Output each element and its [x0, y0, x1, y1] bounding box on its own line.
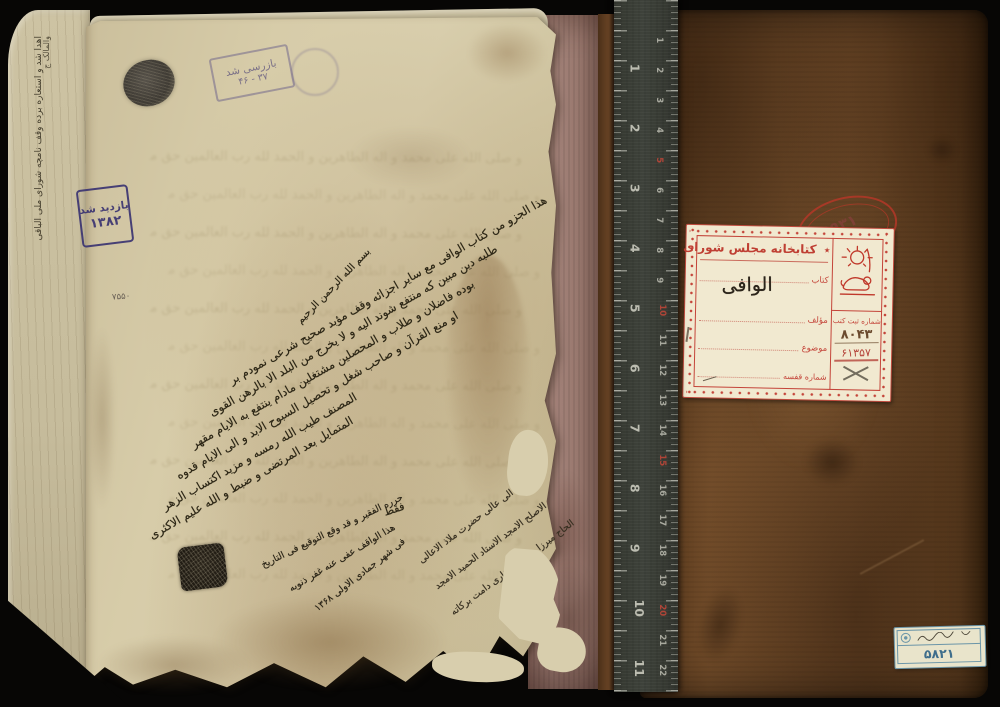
lion-and-sun-emblem [835, 244, 880, 305]
author-field-label: مؤلف [807, 315, 828, 325]
smudged-seal-blot [117, 52, 182, 113]
cover-scuff [804, 438, 860, 486]
ruler-half-number: 15 [658, 454, 667, 466]
ruler-half-number: 18 [658, 544, 667, 556]
rosette-icon: ٭ [824, 243, 831, 257]
spine-note-line2: والمالک ج [42, 36, 51, 196]
faint-round-stamp [291, 48, 339, 96]
ruler-half-number: 22 [658, 664, 667, 676]
page-stain [88, 326, 116, 511]
ruler-half-number: 8 [655, 247, 664, 253]
page-stain [96, 636, 251, 694]
pencil-number: ۷۵۵۰ [112, 291, 131, 302]
registration-number: ۸۰۴۳ [834, 327, 878, 344]
book-title-handwritten: الوافی [721, 274, 772, 297]
black-seal-impression [176, 542, 228, 591]
ruler-half-scale: 12345678910111213141516171819202122 [614, 0, 678, 692]
ruler-half-number: 16 [658, 484, 667, 496]
registration-field-label: شماره ثبت کتب [833, 316, 881, 326]
spine-handwritten-note: اهدا شد و استعاره برده وقف نامچه شورای م… [34, 36, 56, 196]
ruler-half-number: 9 [655, 277, 664, 283]
ruler-half-number: 13 [658, 394, 667, 406]
ruler-half-number: 5 [655, 157, 664, 163]
ruler-half-number: 14 [658, 424, 667, 436]
ruler-half-number: 3 [655, 97, 664, 103]
page-stain [468, 24, 546, 82]
ruler-half-number: 11 [658, 334, 667, 346]
ruler-half-number: 17 [658, 514, 667, 526]
ruler-half-number: 7 [655, 217, 664, 223]
ruler-half-number: 21 [658, 634, 667, 646]
ruler-half-number: 12 [658, 364, 667, 376]
page-stain [212, 594, 447, 690]
x-pencil-mark [842, 362, 870, 385]
registration-number-2: ۶۱۳۵۷ [834, 346, 878, 362]
ruler-half-number: 4 [655, 127, 664, 133]
cover-scuff [926, 136, 958, 164]
library-bookplate: ٭ کتابخانه مجلس شورای ملی کتاب الوافی مؤ… [682, 224, 895, 402]
torn-paper-patch [432, 650, 525, 683]
bleedthrough-line: و صلی الله علی محمد و آله الطاهرین و الح… [168, 187, 540, 205]
ruler-half-number: 1 [655, 37, 664, 43]
book-field-label: کتاب [811, 275, 828, 285]
library-name: ٭ کتابخانه مجلس شورای ملی [700, 240, 830, 257]
page-stain [348, 126, 473, 188]
manuscript-photo-scene: اهدا شد و استعاره برده وقف نامچه شورای م… [0, 0, 1000, 707]
dotted-leader [698, 339, 799, 351]
ruler-half-number: 2 [655, 67, 664, 73]
catalog-sticker: ۵۸۲۱ [893, 625, 986, 669]
ruler-half-number: 20 [658, 604, 667, 616]
ruler-half-number: 6 [655, 187, 664, 193]
lion-sun-icon [835, 244, 880, 305]
dotted-leader [699, 311, 805, 323]
visit-stamp: بازدید شد ۱۳۸۲ [76, 184, 135, 248]
catalog-number: ۵۸۲۱ [897, 645, 981, 662]
ruler-half-number: 10 [658, 304, 667, 316]
measuring-ruler: 1234567891011 12345678910111213141516171… [614, 0, 678, 692]
subject-field-label: موضوع [802, 343, 828, 354]
sticker-scribble [915, 631, 977, 644]
ruler-half-number: 19 [658, 574, 667, 586]
visit-stamp-year: ۱۳۸۲ [89, 213, 122, 232]
shelf-field-label: شماره قفسه [783, 372, 827, 382]
